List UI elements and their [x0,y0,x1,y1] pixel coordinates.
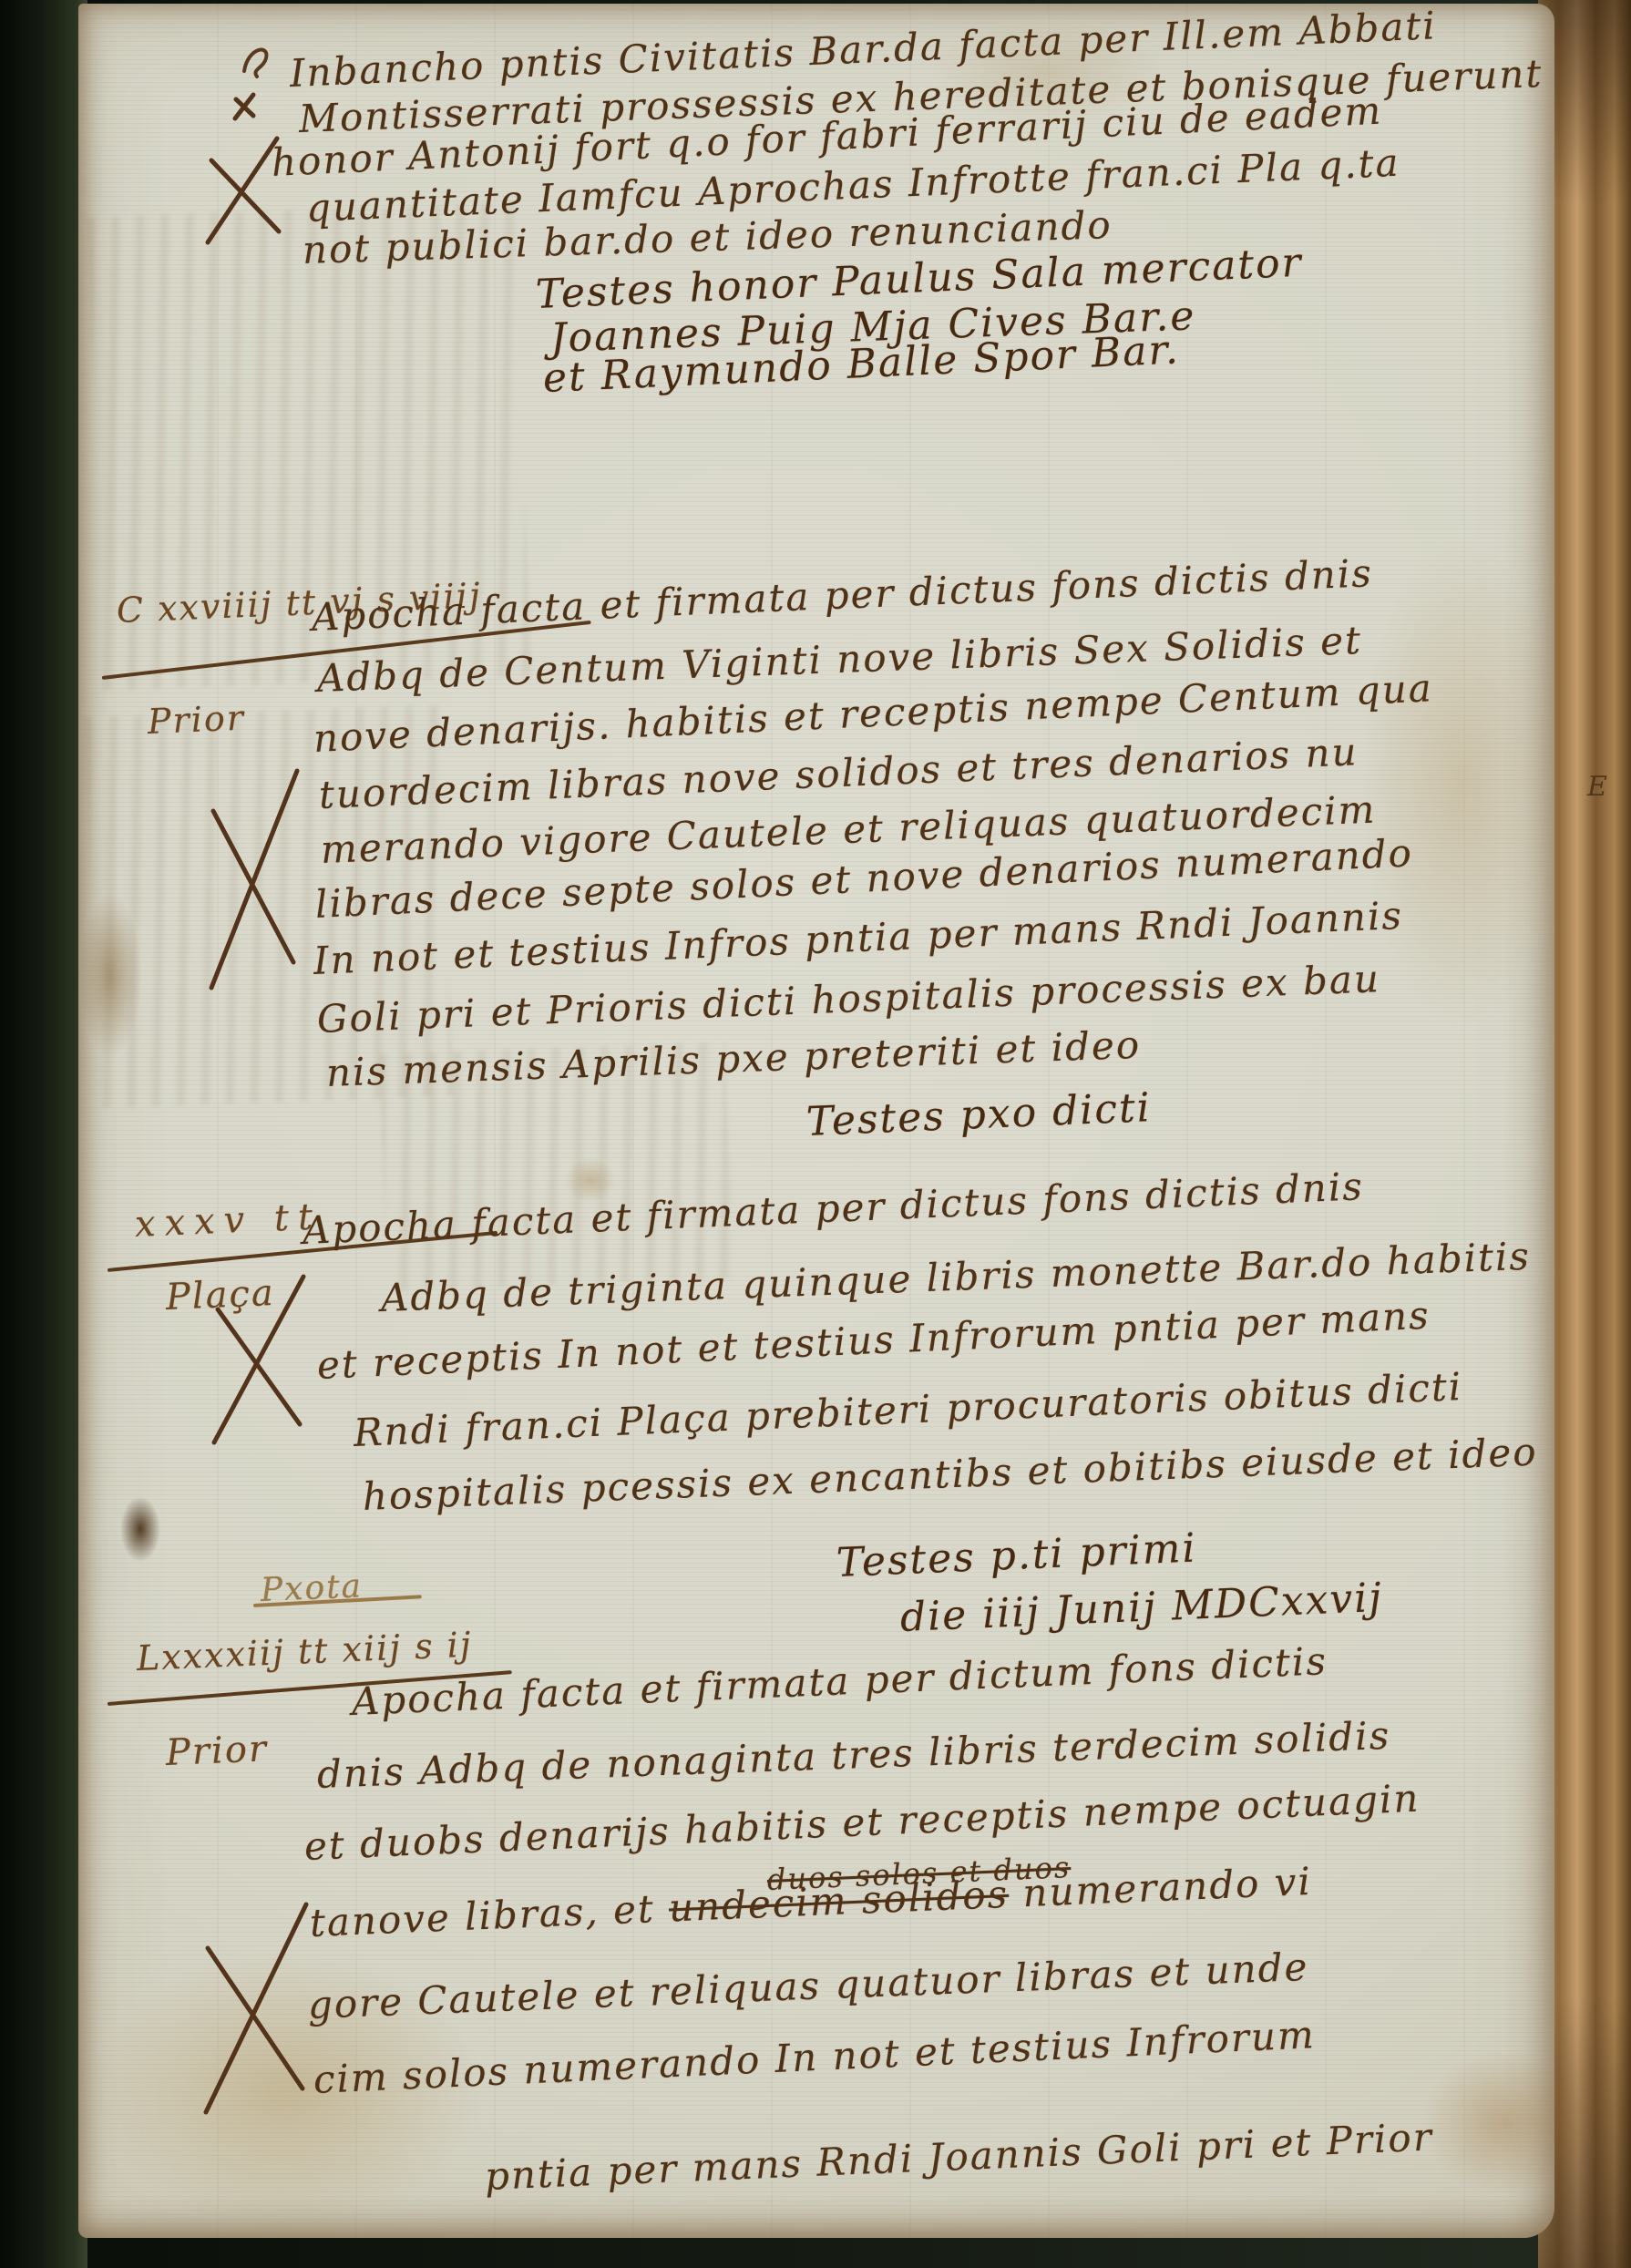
fore-edge-mark: E [1587,771,1607,803]
book-cover-background [0,0,87,2268]
paraph-flourish [239,40,279,80]
entry2-margin-name: Prior [147,700,246,742]
margin-cross-mark-3 [205,1271,310,1449]
margin-cross-mark-2 [202,764,304,996]
entry4-margin-name: Prior [165,1729,269,1773]
margin-cross-mark-4 [195,1897,315,2120]
manuscript-photo: Inbancho pntis Civitatis Bar.da facta pe… [0,0,1631,2268]
entry3-margin-amount: xxxv tt [134,1196,323,1245]
small-cross-mark [231,91,257,122]
